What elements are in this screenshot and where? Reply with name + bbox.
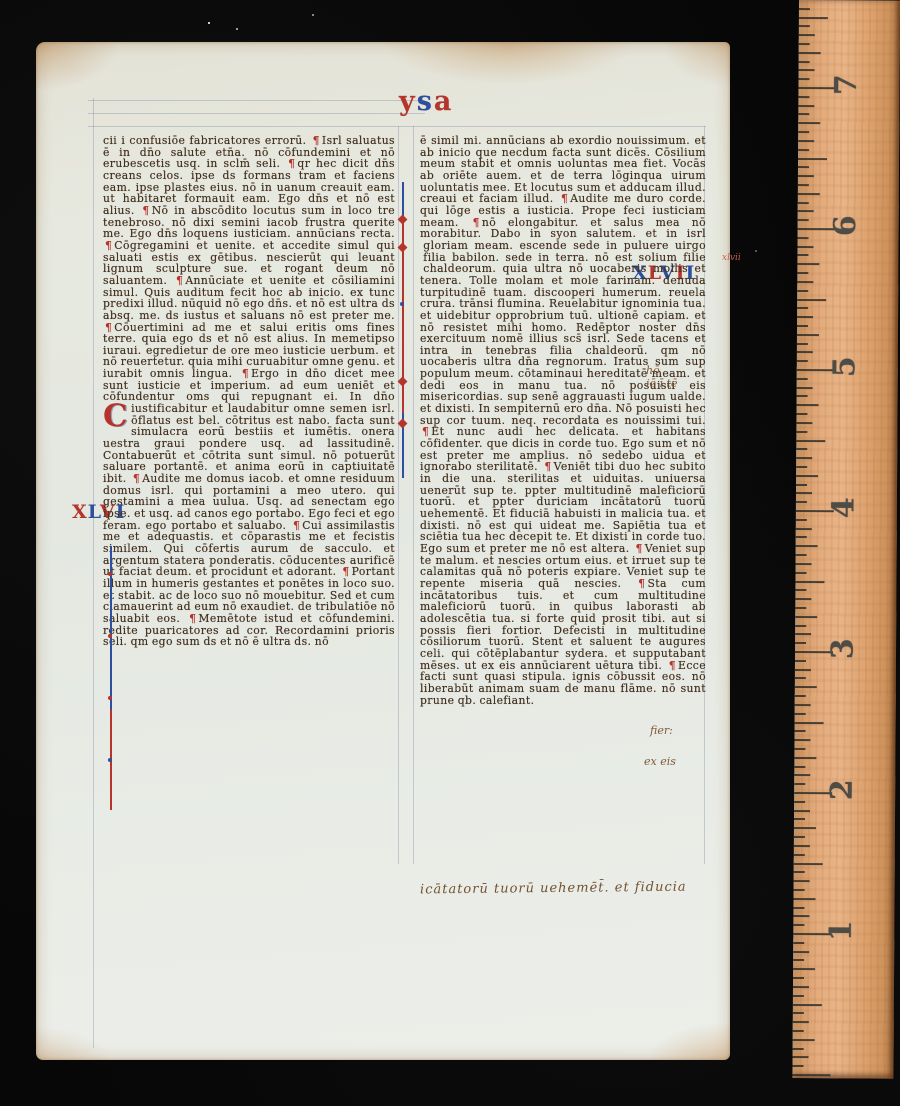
ruler-tick [795, 713, 806, 715]
ruler-tick [794, 889, 805, 891]
filigree-line [402, 182, 404, 478]
colored-letter: L [88, 501, 100, 523]
ruler-tick [794, 836, 805, 838]
gloss-line: ex eis [644, 755, 676, 768]
ruler-tick [796, 563, 812, 565]
ruler-tick [796, 466, 807, 468]
ruler-tick [798, 175, 814, 177]
ruler-tick [794, 748, 805, 750]
ruler-tick [794, 827, 816, 829]
ruler-tick [797, 272, 808, 274]
ruler-tick [794, 871, 805, 873]
ruler-tick [796, 536, 807, 538]
ruler-tick [793, 942, 804, 944]
filigree-ornament [398, 377, 408, 387]
margin-gloss-upper: hō iē ī tē [646, 364, 677, 390]
filigree-line [110, 546, 112, 810]
ruling-line [413, 126, 414, 864]
ruler-tick [794, 801, 805, 803]
ruler-tick [793, 907, 804, 909]
ruler-tick [797, 325, 808, 327]
gutter-filigree [399, 182, 407, 478]
ruler-tick [792, 1074, 830, 1076]
ruler-tick [798, 140, 814, 142]
ruler-tick [798, 202, 809, 204]
ruler-tick [793, 1003, 822, 1005]
ruler-tick [796, 413, 807, 415]
ruling-line [88, 100, 425, 101]
ruler-tick [795, 607, 806, 609]
ruler-tick [796, 519, 807, 521]
ruler-tick [797, 281, 813, 283]
ruler-tick [797, 246, 813, 248]
ruler-tick [796, 501, 807, 503]
colored-letter: X [72, 501, 88, 523]
ruler-tick [799, 78, 810, 80]
ruler-tick [797, 378, 808, 380]
bottom-gloss: icātatorū tuorū uehemēt̄. et fiducia [420, 881, 687, 897]
ruler-tick [793, 1012, 804, 1014]
ruler-tick [795, 633, 811, 635]
ruler-tick [793, 995, 804, 997]
ruler-tick [795, 669, 811, 671]
ruling-line [88, 126, 706, 127]
gloss-line: fier: [650, 724, 676, 737]
ruler-tick [798, 237, 809, 239]
ruler-tick [799, 34, 815, 36]
ruler-tick [798, 96, 809, 98]
ruler-tick [794, 880, 810, 882]
photo-canvas: { "colors":{"red":"#b5342c","blue":"#2e4… [0, 0, 900, 1106]
filigree-ornament [108, 572, 112, 576]
ruler-tick [793, 959, 804, 961]
ruler-tick [794, 862, 823, 864]
ruler-tick [797, 404, 819, 406]
ruling-line [88, 113, 425, 114]
ruler-tick [797, 316, 813, 318]
ruling-line [93, 98, 94, 1048]
ruler-tick [796, 554, 807, 556]
ruler-tick [799, 16, 828, 18]
ruler-tick [793, 968, 815, 970]
ruler-tick [794, 845, 810, 847]
ruler-tick [799, 25, 810, 27]
ruler-tick [797, 387, 813, 389]
ruler-tick [796, 448, 807, 450]
ruler-tick [797, 254, 808, 256]
ruler-tick [797, 307, 808, 309]
gloss-line: iē ī tē [646, 377, 677, 390]
ruler-tick [794, 783, 805, 785]
ruler-tick [794, 739, 810, 741]
ruler-tick [795, 677, 806, 679]
ruler-tick [794, 810, 810, 812]
ruler-tick [795, 580, 824, 582]
ruler-tick [793, 924, 804, 926]
ruler-tick [797, 343, 808, 345]
ruler-tick [798, 131, 809, 133]
ruler-tick [795, 721, 824, 723]
ruler-tick [798, 210, 814, 212]
wooden-ruler: 1234567 [792, 0, 900, 1079]
ruler-tick [792, 1065, 803, 1067]
decorated-initial: C [103, 403, 131, 429]
ruler-tick [798, 149, 809, 151]
left-margin-filigree [107, 546, 114, 810]
ruler-tick [794, 854, 805, 856]
ruler-tick [795, 660, 806, 662]
gloss-line: hō [646, 364, 677, 377]
ruler-tick [793, 915, 809, 917]
ruler-tick [797, 298, 826, 300]
ruler-tick [793, 1030, 804, 1032]
ruler-tick [799, 43, 810, 45]
ruler-tick [797, 395, 808, 397]
ruler-tick [798, 219, 809, 221]
ruler-tick [793, 951, 809, 953]
ruler-tick [796, 528, 812, 530]
colored-letter: s [417, 86, 434, 117]
ruler-number: 2 [825, 768, 860, 812]
filigree-ornament [398, 215, 408, 225]
ruler-tick [799, 8, 810, 10]
ruler-tick [799, 61, 810, 63]
colored-letter: a [434, 86, 454, 117]
ruler-tick [796, 475, 818, 477]
ruler-number: 5 [827, 345, 862, 389]
filigree-ornament [108, 634, 112, 638]
ruler-tick [795, 572, 806, 574]
ruler-number: 7 [829, 63, 864, 107]
ruler-tick [793, 1056, 809, 1058]
ruler-number: 1 [824, 909, 859, 953]
colored-letter: y [399, 86, 417, 117]
ruler-tick [799, 69, 815, 71]
running-header: ysa [399, 88, 453, 115]
filigree-ornament [398, 419, 408, 429]
ruler-tick [795, 642, 806, 644]
ruler-tick [798, 105, 814, 107]
ruler-tick [797, 290, 808, 292]
ruler-tick [795, 616, 817, 618]
ruler-tick [793, 986, 809, 988]
text-column-left: cii i confusiōe fabricatores errorū. ¶Is… [103, 135, 395, 839]
ruler-tick [794, 757, 816, 759]
ruler-tick [795, 730, 806, 732]
ruler-tick [797, 334, 819, 336]
ruler-tick [798, 122, 820, 124]
filigree-ornament [400, 302, 404, 306]
ruler-tick [795, 625, 806, 627]
ruler-tick [796, 457, 812, 459]
margin-gloss-lower: fier: ex eis [650, 724, 676, 768]
ruler-tick [793, 1039, 815, 1041]
ruler-tick [794, 898, 816, 900]
ruler-tick [798, 157, 827, 159]
ruler-tick [795, 704, 811, 706]
ruler-tick [795, 589, 806, 591]
ruler-tick [797, 351, 813, 353]
ruler-tick [799, 52, 821, 54]
ruler-tick [795, 686, 817, 688]
ruler-tick [797, 263, 819, 265]
filigree-ornament [398, 243, 408, 253]
ruler-number: 3 [825, 627, 860, 671]
cursive-chapter-note: xlvii [722, 253, 741, 263]
ruler-scale: 1234567 [792, 0, 900, 1079]
ruler-tick [795, 598, 811, 600]
ruler-tick [796, 431, 807, 433]
ruler-tick [793, 1021, 809, 1023]
ruler-number: 4 [826, 486, 861, 530]
verse-text: Sta cum incātatoribus tuis. et cum multi… [420, 577, 706, 672]
ruler-tick [796, 484, 807, 486]
ruler-tick [794, 774, 810, 776]
ruler-tick [796, 439, 825, 441]
ruler-number: 6 [828, 204, 863, 248]
dust-specks [0, 0, 2, 2]
ruler-tick [796, 422, 812, 424]
filigree-ornament [108, 758, 112, 762]
ruler-tick [795, 695, 806, 697]
ruler-tick [798, 193, 820, 195]
verse-text: escende sede in puluere uirgo filia babi… [420, 239, 706, 427]
ruler-tick [794, 766, 805, 768]
ruler-tick [797, 360, 808, 362]
ruler-tick [794, 818, 805, 820]
verse-text: Veniēt tibi duo hec subito in die una. s… [420, 460, 706, 555]
ruler-tick [798, 166, 809, 168]
ruler-tick [798, 184, 809, 186]
ruler-tick [798, 113, 809, 115]
ruler-tick [796, 545, 818, 547]
ruler-tick [793, 977, 804, 979]
ruler-tick [793, 1048, 804, 1050]
ruler-tick [796, 492, 812, 494]
filigree-ornament [108, 696, 112, 700]
